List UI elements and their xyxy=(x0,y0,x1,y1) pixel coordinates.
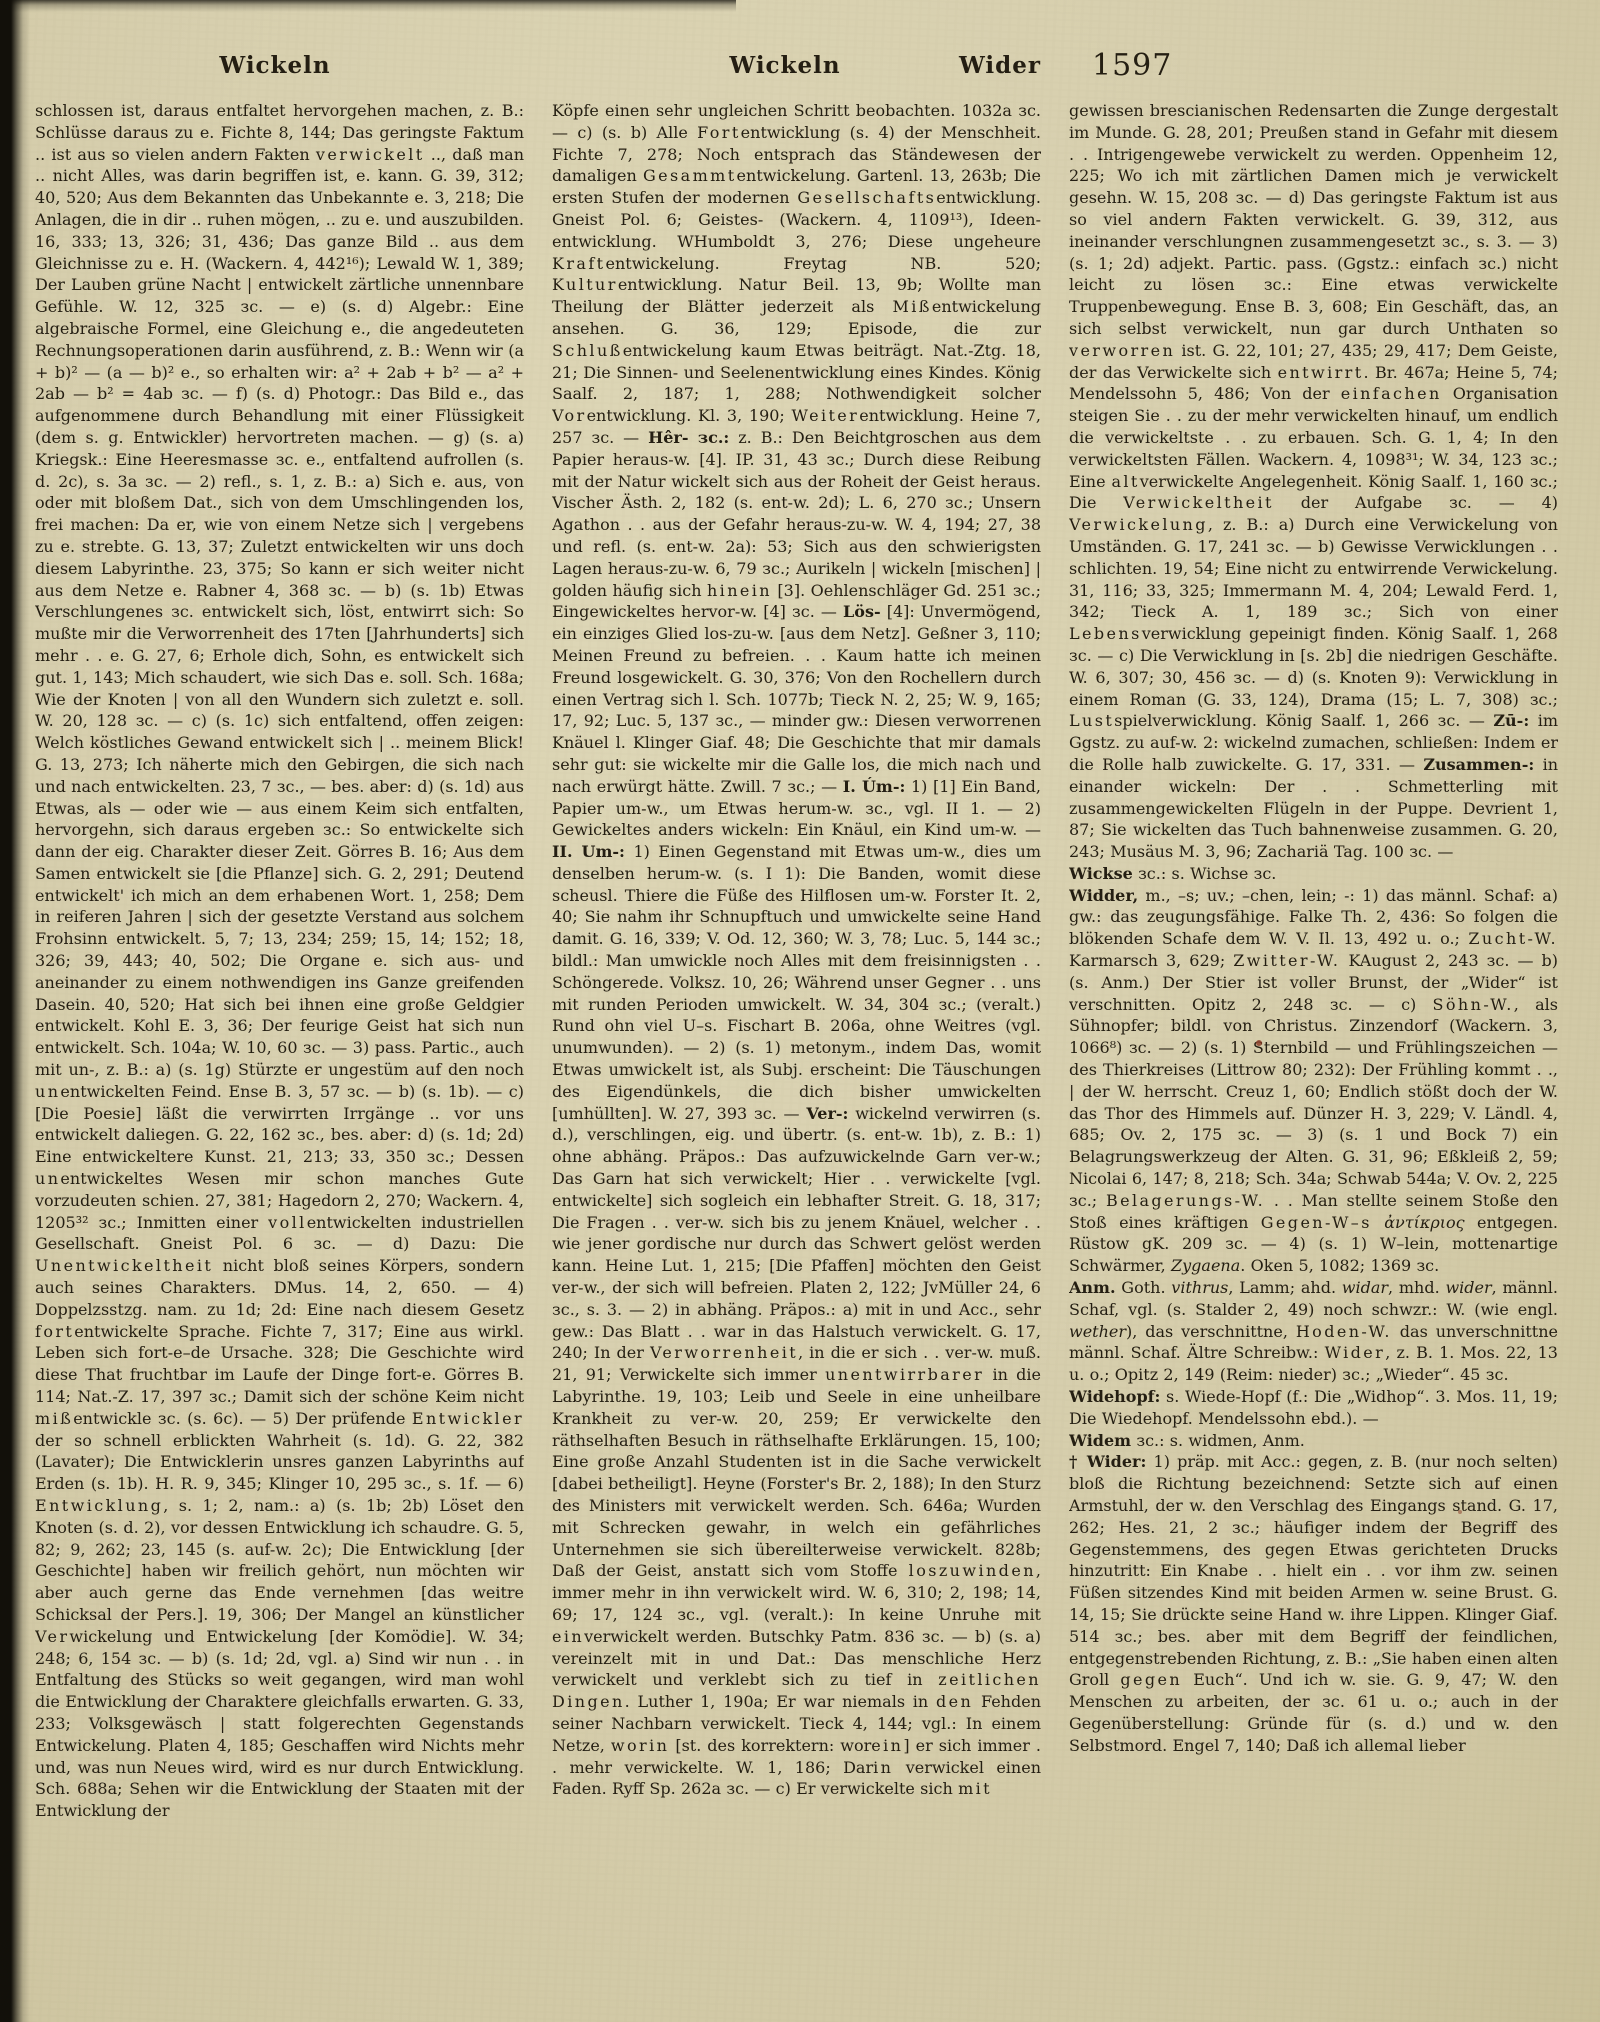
entry-paragraph: Widder, m., –s; uv.; –chen, lein; -: 1) … xyxy=(1069,885,1558,1277)
text-segment: entwickelung kaum Etwas beiträgt. Nat.-Z… xyxy=(552,341,1041,404)
text-segment: 1) präp. mit Acc.: gegen, z. B. (nur noc… xyxy=(1069,1452,1558,1689)
text-segment: .., daß man .. nicht Alles, was darin be… xyxy=(35,145,524,1079)
text-segment: un xyxy=(35,1169,60,1188)
text-segment: зc.: s. widmen, Anm. xyxy=(1131,1431,1305,1450)
text-segment: den xyxy=(936,1692,973,1711)
text-segment: зc.: s. Wichse зc. xyxy=(1133,864,1277,883)
text-segment: wickelnd verwirren (s. d.), verschlingen… xyxy=(552,1104,1041,1363)
text-segment: , Lamm; ahd. xyxy=(1228,1278,1341,1297)
text-segment: verworren xyxy=(1069,341,1175,360)
text-segment: wider xyxy=(1445,1278,1491,1297)
entry-paragraph: Wickse зc.: s. Wichse зc. xyxy=(1069,863,1558,885)
text-segment: Lust xyxy=(1069,711,1114,730)
dictionary-page: Wickeln Wickeln Wider 1597 schlossen ist… xyxy=(0,0,1600,2022)
text-segment: Gegen-W–s xyxy=(1261,1213,1372,1232)
text-segment: , s. 1; 2, nam.: a) (s. 1b; 2b) Löset de… xyxy=(35,1496,524,1624)
text-segment: mit xyxy=(958,1779,992,1798)
text-segment: Vor xyxy=(552,406,587,425)
text-segment: entwickelten Feind. Ense B. 3, 57 зc. — … xyxy=(35,1082,524,1166)
column-middle: Köpfe einen sehr ungleichen Schritt beob… xyxy=(552,100,1041,1915)
text-segment: verwicklung gepeinigt finden. König Saal… xyxy=(1069,624,1558,708)
text-segment: Verworrenheit xyxy=(650,1343,798,1362)
text-segment: Kultur xyxy=(552,275,618,294)
text-segment: Entwicklung xyxy=(35,1496,163,1515)
entry-headword: Wickse xyxy=(1069,864,1133,883)
entry-headword: † Wider: xyxy=(1069,1452,1146,1471)
text-segment: entwickle зc. (s. 6c). — 5) Der prüfende xyxy=(73,1409,412,1428)
text-segment: Goth. xyxy=(1116,1278,1172,1297)
paper-speck xyxy=(1256,1040,1262,1046)
text-segment: Söhn-W. xyxy=(1433,995,1514,1014)
text-segment: hinein xyxy=(707,581,772,600)
page-number: 1597 xyxy=(1092,48,1192,83)
text-segment: worin xyxy=(611,1736,669,1755)
entry-paragraph: schlossen ist, daraus entfaltet hervorge… xyxy=(35,100,524,1822)
paper-speck xyxy=(1458,1510,1462,1514)
text-segment: spielverwicklung. König Saalf. 1, 266 зc… xyxy=(1114,711,1493,730)
text-segment: Ver xyxy=(35,1627,69,1646)
text-segment: Verwickelung xyxy=(1069,515,1208,534)
entry-paragraph: Widem зc.: s. widmen, Anm. xyxy=(1069,1430,1558,1452)
text-segment: Hoden-W. xyxy=(1296,1322,1392,1341)
scan-edge-top xyxy=(0,0,736,12)
text-segment: entwicklung. Kl. 3, 190; xyxy=(587,406,792,425)
text-segment: loszuwinden xyxy=(909,1561,1036,1580)
text-segment: gewissen brescianischen Redensarten die … xyxy=(1069,101,1558,338)
text-segment: Unentwickeltheit xyxy=(35,1256,213,1275)
text-segment: unentwirrbarer xyxy=(825,1365,984,1384)
text-segment: [4]: Unvermögend, ein einziges Glied los… xyxy=(552,602,1041,795)
text-segment: Fort xyxy=(697,123,741,142)
text-segment: alt xyxy=(1111,472,1139,491)
text-segment: Verwickeltheit xyxy=(1123,493,1274,512)
entry-headword: I. Úm-: xyxy=(843,777,906,796)
scan-edge-left xyxy=(0,0,30,2022)
entry-headword: Widem xyxy=(1069,1431,1131,1450)
entry-headword: Zū-: xyxy=(1493,711,1529,730)
text-segment: Zucht-W. xyxy=(1468,929,1558,948)
text-segment: entwickelung. Freytag NB. 520; xyxy=(606,254,1042,273)
entry-headword: Lös- xyxy=(843,602,881,621)
text-segment: ein xyxy=(552,1627,584,1646)
text-segment: Wider xyxy=(1325,1343,1386,1362)
entry-headword: Ver-: xyxy=(806,1104,848,1123)
text-segment xyxy=(1372,1213,1384,1232)
text-segment: ), das verschnittne, xyxy=(1126,1322,1296,1341)
running-head: Wickeln Wickeln Wider 1597 xyxy=(0,52,1600,86)
entry-headword: Widehopf: xyxy=(1069,1387,1160,1406)
text-segment: fort xyxy=(35,1322,74,1341)
entry-headword: Hêr- зc.: xyxy=(648,428,729,447)
text-segment: ein xyxy=(871,1736,903,1755)
text-segment: wickelung und Entwickelung [der Komödie]… xyxy=(35,1627,524,1820)
text-segment: Belagerungs-W. xyxy=(1106,1191,1265,1210)
text-segment: z. B.: Den Beichtgroschen aus dem Papier… xyxy=(552,428,1041,600)
text-segment: Miß xyxy=(893,297,932,316)
text-segment: Schluß xyxy=(552,341,623,360)
text-segment: miß xyxy=(35,1409,73,1428)
text-segment: Zygaena xyxy=(1171,1256,1240,1275)
text-segment: gegen xyxy=(1120,1670,1182,1689)
text-segment: . Luther 1, 190a; Er war niemals in xyxy=(625,1692,936,1711)
text-segment: Karmarsch 3, 629; xyxy=(1069,951,1233,970)
entry-paragraph: Anm. Goth. vithrus, Lamm; ahd. widar, mh… xyxy=(1069,1277,1558,1386)
entry-headword: Anm. xyxy=(1069,1278,1116,1297)
text-segment: ἀντίκριος xyxy=(1384,1213,1464,1232)
text-segment: vithrus xyxy=(1171,1278,1228,1297)
entry-headword: II. Um-: xyxy=(552,842,625,861)
running-title-left: Wickeln xyxy=(35,52,515,79)
text-segment: Lebens xyxy=(1069,624,1142,643)
text-segment: entwickelte Sprache. Fichte 7, 317; Eine… xyxy=(35,1322,524,1406)
text-segment: wether xyxy=(1069,1322,1126,1341)
running-title-right: Wider xyxy=(880,52,1120,79)
text-segment: Zwitter-W. xyxy=(1233,951,1340,970)
text-columns: schlossen ist, daraus entfaltet hervorge… xyxy=(35,100,1558,1915)
text-segment: . Oken 5, 1082; 1369 зc. xyxy=(1240,1256,1439,1275)
text-segment: , mhd. xyxy=(1388,1278,1445,1297)
text-segment: in xyxy=(873,1758,893,1777)
entry-paragraph: † Wider: 1) präp. mit Acc.: gegen, z. B.… xyxy=(1069,1451,1558,1756)
text-segment: der Aufgabe зc. — 4) xyxy=(1274,493,1558,512)
text-segment: , als Sühnopfer; bildl. von Christus. Zi… xyxy=(1069,995,1558,1210)
entry-headword: Zusammen-: xyxy=(1423,755,1534,774)
text-segment: Weiter xyxy=(792,406,860,425)
text-segment: 1) Einen Gegenstand mit Etwas um-w., die… xyxy=(552,842,1041,1123)
text-segment: einfachen xyxy=(1341,384,1442,403)
text-segment: Entwickler xyxy=(412,1409,524,1428)
entry-paragraph: gewissen brescianischen Redensarten die … xyxy=(1069,100,1558,863)
entry-headword: Widder, xyxy=(1069,886,1138,905)
column-right: gewissen brescianischen Redensarten die … xyxy=(1069,100,1558,1915)
entry-paragraph: Widehopf: s. Wiede-Hopf (f.: Die „Widhop… xyxy=(1069,1386,1558,1430)
text-segment: Gesammt xyxy=(643,166,737,185)
text-segment: widar xyxy=(1342,1278,1388,1297)
entry-paragraph: Köpfe einen sehr ungleichen Schritt beob… xyxy=(552,100,1041,1800)
text-segment: Gesellschafts xyxy=(797,188,936,207)
text-segment: [st. des korrektern: wor xyxy=(669,1736,871,1755)
column-left: schlossen ist, daraus entfaltet hervorge… xyxy=(35,100,524,1915)
text-segment: Kraft xyxy=(552,254,606,273)
text-segment: der so schnell erblickten Wahrheit (s. 1… xyxy=(35,1431,524,1494)
text-segment: verwickelt xyxy=(316,145,425,164)
text-segment: in die Labyrinthe. 19, 103; Leib und See… xyxy=(552,1365,1041,1580)
text-segment: un xyxy=(35,1082,60,1101)
text-segment: entwirrt xyxy=(1278,363,1364,382)
text-segment: voll xyxy=(268,1213,307,1232)
